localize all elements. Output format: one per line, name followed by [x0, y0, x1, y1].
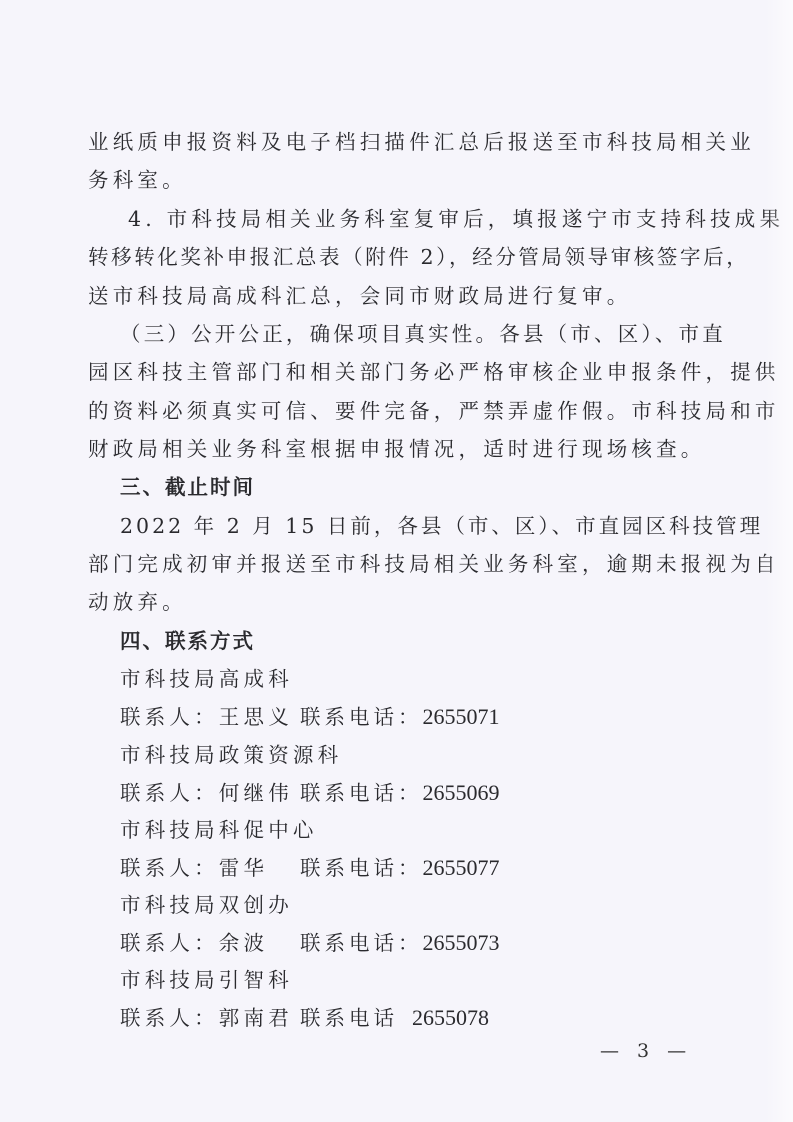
body-text-line: 动放弃。 — [88, 588, 187, 616]
body-text-line: 财政局相关业务科室根据申报情况，适时进行现场核查。 — [88, 435, 706, 463]
page-number: — 3 — — [600, 1040, 692, 1062]
body-text-line: 4. 市科技局相关业务科室复审后，填报遂宁市支持科技成果 — [128, 205, 784, 233]
contact-department: 市科技局引智科 — [120, 966, 293, 994]
body-text-line: （三）公开公正，确保项目真实性。各县（市、区）、市直 — [120, 320, 726, 348]
phone-label: 联系电话： — [300, 705, 423, 729]
contact-department: 市科技局科促中心 — [120, 816, 318, 844]
body-text-line: 转移转化奖补申报汇总表（附件 2），经分管局领导审核签字后， — [88, 243, 749, 271]
body-text-line: 务科室。 — [88, 166, 187, 194]
body-text-line: 2022 年 2 月 15 日前，各县（市、区）、市直园区科技管理 — [120, 512, 763, 540]
contact-person: 联系人：何继伟 — [120, 779, 293, 807]
contact-department: 市科技局双创办 — [120, 891, 293, 919]
phone-label: 联系电话： — [300, 931, 423, 955]
section-heading-contact: 四、联系方式 — [120, 627, 255, 655]
contact-phone: 联系电话：2655071 — [300, 703, 500, 731]
contact-phone: 联系电话：2655069 — [300, 779, 500, 807]
contact-department: 市科技局高成科 — [120, 665, 293, 693]
phone-number: 2655069 — [423, 780, 500, 805]
contact-department: 市科技局政策资源科 — [120, 741, 342, 769]
phone-number: 2655073 — [423, 930, 500, 955]
contact-person: 联系人：郭南君 — [120, 1004, 293, 1032]
body-text-line: 部门完成初审并报送至市科技局相关业务科室，逾期未报视为自 — [88, 550, 780, 578]
body-text-line: 的资料必须真实可信、要件完备，严禁弄虚作假。市科技局和市 — [88, 397, 780, 425]
body-text-line: 业纸质申报资料及电子档扫描件汇总后报送至市科技局相关业 — [88, 128, 755, 156]
contact-person: 联系人：余波 — [120, 929, 268, 957]
contact-phone: 联系电话2655078 — [300, 1004, 489, 1032]
body-text-line: 园区科技主管部门和相关部门务必严格审核企业申报条件，提供 — [88, 358, 780, 386]
contact-person: 联系人：王思义 — [120, 703, 293, 731]
phone-number: 2655071 — [423, 704, 500, 729]
section-heading-deadline: 三、截止时间 — [120, 473, 255, 501]
contact-phone: 联系电话：2655073 — [300, 929, 500, 957]
contact-person: 联系人：雷华 — [120, 854, 268, 882]
phone-label: 联系电话 — [300, 1006, 398, 1030]
scan-edge-shading — [765, 0, 793, 1122]
contact-phone: 联系电话：2655077 — [300, 854, 500, 882]
phone-number: 2655077 — [423, 855, 500, 880]
phone-label: 联系电话： — [300, 781, 423, 805]
body-text-line: 送市科技局高成科汇总，会同市财政局进行复审。 — [88, 282, 631, 310]
phone-label: 联系电话： — [300, 856, 423, 880]
document-page: 业纸质申报资料及电子档扫描件汇总后报送至市科技局相关业 务科室。 4. 市科技局… — [0, 0, 793, 1122]
phone-number: 2655078 — [412, 1005, 489, 1030]
